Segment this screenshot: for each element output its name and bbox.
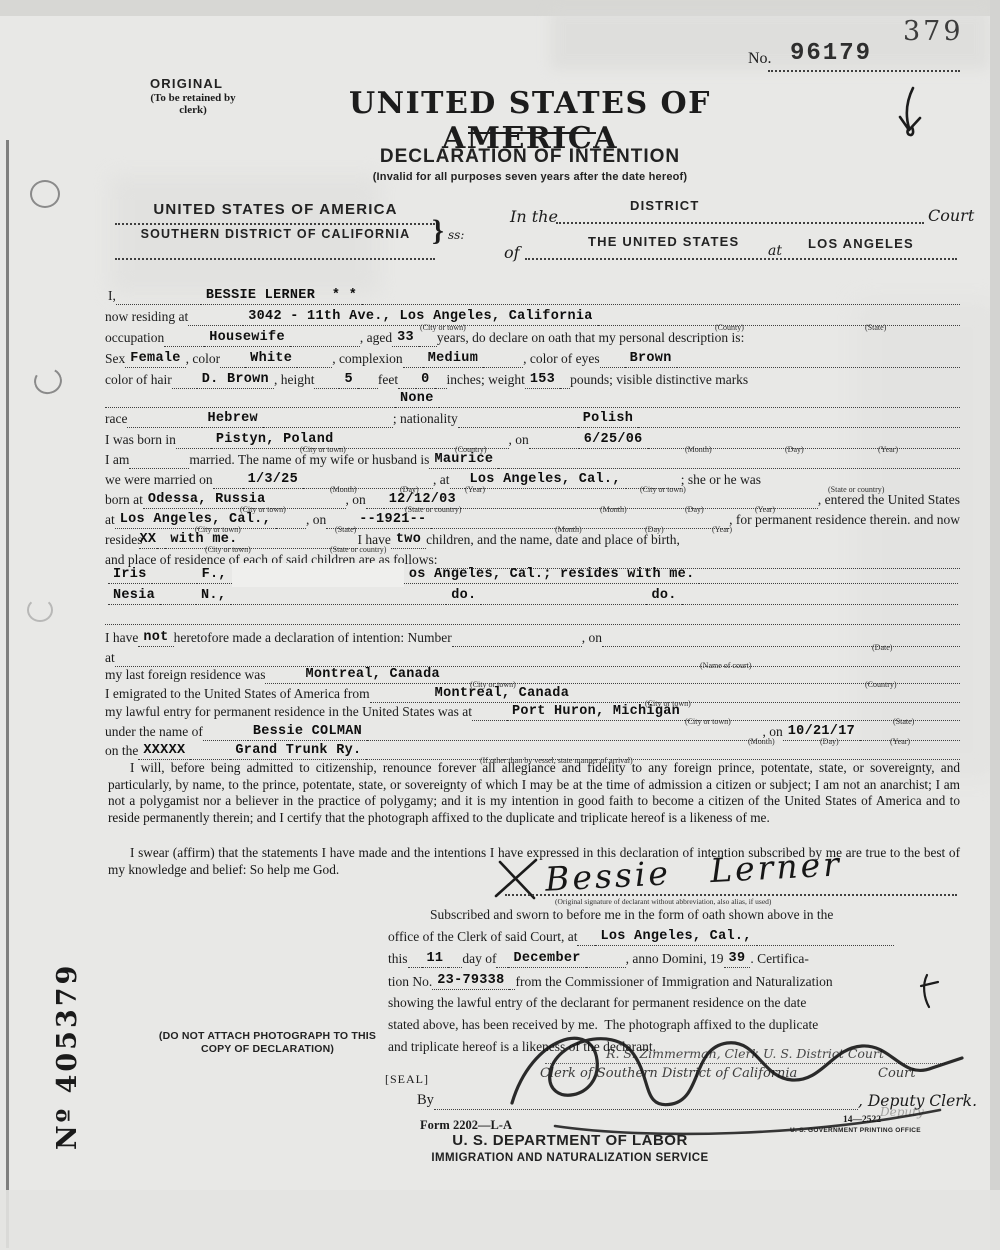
resides-strikeover: XX	[139, 533, 158, 549]
lawful-entry-row: my lawful entry for permanent residence …	[105, 702, 960, 721]
document-subtitle: DECLARATION OF INTENTION	[270, 146, 790, 168]
attestation-line1: Subscribed and sworn to before me in the…	[430, 908, 833, 924]
vessel-value: Grand Trunk Ry.	[230, 744, 366, 760]
entry-name-value: Bessie COLMAN	[248, 725, 367, 741]
execution-year-value: 39	[724, 952, 751, 968]
born-in-label: I was born in	[105, 433, 176, 449]
pen-mark-small	[918, 972, 942, 1010]
in-the-line	[556, 202, 924, 224]
color-label: , color	[186, 352, 221, 368]
spouse-entry-date-value: --1921--	[354, 513, 431, 529]
scanned-declaration-document: 379 No. 96179 ORIGINAL (To be retained b…	[0, 0, 1000, 1250]
child1-initial: F.,	[197, 568, 232, 584]
vessel-strikeover: XXXXX	[138, 744, 190, 760]
department-label: U. S. DEPARTMENT OF LABOR	[320, 1132, 820, 1149]
spouse-born-on-label: , on	[346, 493, 366, 509]
attestation-line2: office of the Clerk of said Court, at	[388, 930, 577, 946]
marriage-place-value: Los Angeles, Cal.,	[465, 473, 626, 489]
sublabel-signature: (Original signature of declarant without…	[555, 898, 771, 906]
birth-row: I was born in Pistyn, Poland , on 6/25/0…	[105, 430, 960, 449]
child2-ditto-2: do.	[646, 589, 681, 605]
sex-label: Sex	[105, 352, 125, 368]
occupation-value: Housewife	[204, 331, 290, 347]
children-tail: children, and the name, date and place o…	[426, 533, 680, 549]
eyes-label: , color of eyes	[523, 352, 599, 368]
spouse-birth-row: born at Odessa, Russia , on 12/12/03 , e…	[105, 490, 960, 509]
declaration-intro: years, do declare on oath that my person…	[437, 331, 744, 347]
marks-label: pounds; visible distinctive marks	[570, 373, 748, 389]
spouse-tail: ; she or he was	[681, 473, 761, 489]
race-value: Hebrew	[202, 412, 262, 428]
marital-post: married. The name of my wife or husband …	[189, 453, 429, 469]
declarant-name-row: I, BESSIE LERNER * *	[108, 286, 960, 305]
page-number-pencil: 379	[903, 16, 964, 47]
punch-hole-bottom	[27, 598, 53, 622]
nationality-label: ; nationality	[393, 412, 458, 428]
retained-note-line1: (To be retained by	[150, 92, 235, 104]
spouse-entry-on-label: , on	[306, 513, 326, 529]
color-value: White	[245, 352, 297, 368]
ss-label: ss:	[448, 228, 464, 242]
description-row-1: Sex Female , color White , complexion Me…	[105, 349, 960, 368]
child-row-1: Iris F., os Angeles, Cal.; resides with …	[108, 565, 958, 584]
anno-domini-label: , anno Domini, 19	[626, 952, 724, 968]
last-residence-label: my last foreign residence was	[105, 668, 265, 684]
height-label: , height	[274, 373, 315, 389]
cert-tail: from the Commissioner of Immigration and…	[515, 975, 832, 991]
declared-on-label: , on	[582, 631, 602, 647]
pen-arrow-mark	[893, 84, 929, 142]
this-label: this	[388, 952, 408, 968]
child1-first-name: Iris	[108, 568, 152, 584]
race-label: race	[105, 412, 127, 428]
of-label: of	[504, 243, 520, 262]
vessel-label: on the	[105, 744, 138, 760]
of-line	[525, 238, 957, 260]
residence-label: now residing at	[105, 310, 188, 326]
day-of-label: day of	[462, 952, 496, 968]
child2-first-name: Nesia	[108, 589, 160, 605]
emigrated-from-value: Montreal, Canada	[430, 687, 574, 703]
marital-row: I am married. The name of my wife or hus…	[105, 450, 960, 469]
scan-left-edge-line	[6, 140, 9, 1248]
emigrated-label: I emigrated to the United States of Amer…	[105, 687, 370, 703]
declarant-name-value: BESSIE LERNER * *	[201, 289, 362, 305]
scan-top-band	[0, 0, 1000, 16]
feet-label: feet	[378, 373, 398, 389]
court-word: Court	[928, 206, 974, 225]
marriage-date-value: 1/3/25	[243, 473, 303, 489]
nationality-value: Polish	[578, 412, 638, 428]
by-label: By	[417, 1093, 434, 1110]
deputy-ghost-stamp: Deputy	[880, 1105, 924, 1119]
cert-no-label: tion No.	[388, 975, 432, 991]
age-value: 33	[392, 331, 419, 347]
married-on-label: we were married on	[105, 473, 213, 489]
eyes-value: Brown	[625, 352, 677, 368]
last-residence-value: Montreal, Canada	[300, 668, 444, 684]
occupation-row: occupation Housewife , aged 33 years, do…	[105, 328, 960, 347]
weight-value: 153	[525, 373, 560, 389]
occupation-label: occupation	[105, 331, 164, 347]
entry-label: my lawful entry for permanent residence …	[105, 705, 472, 721]
i-label: I,	[108, 289, 116, 305]
cert-no-value: 23-79338	[432, 974, 509, 990]
spouse-name-value: Maurice	[429, 453, 498, 469]
complexion-label: , complexion	[332, 352, 403, 368]
child-row-2: Nesia N., do. do.	[108, 586, 958, 605]
execution-day-value: 11	[422, 952, 449, 968]
service-label: IMMIGRATION AND NATURALIZATION SERVICE	[320, 1152, 820, 1164]
seal-label: [SEAL]	[385, 1072, 429, 1087]
clerk-signature-scrawl	[500, 1008, 980, 1143]
children-count-value: two	[391, 533, 426, 549]
residence-row: now residing at 3042 - 11th Ave., Los An…	[105, 307, 960, 326]
marks-row: None	[105, 389, 960, 408]
child2-initial: N.,	[196, 589, 231, 605]
description-row-2: color of hair D. Brown , height 5 feet 0…	[105, 370, 960, 389]
declared-pre: I have	[105, 631, 138, 647]
child1-residence: os Angeles, Cal.; resides with me.	[404, 568, 700, 584]
foreign-residence-row: my last foreign residence was Montreal, …	[105, 665, 960, 684]
punch-hole-middle	[31, 365, 65, 397]
entry-name-label: under the name of	[105, 725, 203, 741]
entry-place-value: Port Huron, Michigan	[507, 705, 685, 721]
complexion-value: Medium	[423, 352, 483, 368]
race-row: race Hebrew ; nationality Polish	[105, 409, 960, 428]
married-at-label: , at	[433, 473, 450, 489]
whiteout-redaction	[232, 563, 404, 587]
court-line-1	[115, 203, 435, 225]
child2-ditto-1: do.	[446, 589, 481, 605]
serial-number-vertical: Nº 405379	[52, 963, 83, 1150]
gpo-label: U. S. GOVERNMENT PRINTING OFFICE	[790, 1127, 921, 1134]
retained-note-line2: clerk)	[179, 104, 206, 116]
title-rule	[468, 132, 596, 134]
execution-place-value: Los Angeles, Cal.,	[595, 930, 756, 946]
certifica-label: . Certifica-	[750, 952, 808, 968]
height-inches-value: 0	[416, 373, 434, 389]
photo-note-line1: (DO NOT ATTACH PHOTOGRAPH TO THIS	[159, 1030, 376, 1042]
original-label: ORIGINAL	[150, 76, 223, 91]
form-number: Form 2202—L-A	[420, 1118, 512, 1133]
spouse-born-label: born at	[105, 493, 143, 509]
court-line-2	[115, 238, 435, 260]
declared-not-value: not	[138, 631, 173, 647]
resides-label: resides	[105, 533, 143, 549]
spouse-entered-tail: , entered the United States	[818, 493, 960, 509]
born-on-label: , on	[509, 433, 529, 449]
print-code: 14—2522	[843, 1115, 881, 1125]
doc-number-line	[768, 48, 960, 72]
entry-at-label: at	[105, 513, 115, 529]
oath-paragraph-1: I will, before being admitted to citizen…	[108, 760, 960, 826]
blank-row	[105, 606, 960, 625]
entry-tail: , for permanent residence therein. and n…	[729, 513, 960, 529]
hair-value: D. Brown	[197, 373, 274, 389]
weight-label: inches; weight	[447, 373, 525, 389]
emigrated-row: I emigrated to the United States of Amer…	[105, 684, 960, 703]
signature-line	[505, 874, 957, 896]
marital-pre: I am	[105, 453, 129, 469]
height-feet-value: 5	[339, 373, 357, 389]
execution-month-value: December	[508, 952, 585, 968]
prior-declaration-row: I have not heretofore made a declaration…	[105, 628, 960, 647]
marks-value: None	[395, 392, 439, 408]
in-the-label: In the	[510, 207, 558, 226]
declared-post: heretofore made a declaration of intenti…	[174, 631, 452, 647]
scan-bottom-band	[0, 1190, 1000, 1250]
validity-note: (Invalid for all purposes seven years af…	[270, 171, 790, 183]
sex-value: Female	[125, 352, 185, 368]
punch-hole-top	[30, 180, 60, 208]
aged-label: , aged	[360, 331, 392, 347]
birthdate-value: 6/25/06	[579, 433, 648, 449]
scan-right-edge	[990, 0, 1000, 1250]
photo-note-line2: COPY OF DECLARATION)	[201, 1043, 334, 1055]
hair-label: color of hair	[105, 373, 172, 389]
